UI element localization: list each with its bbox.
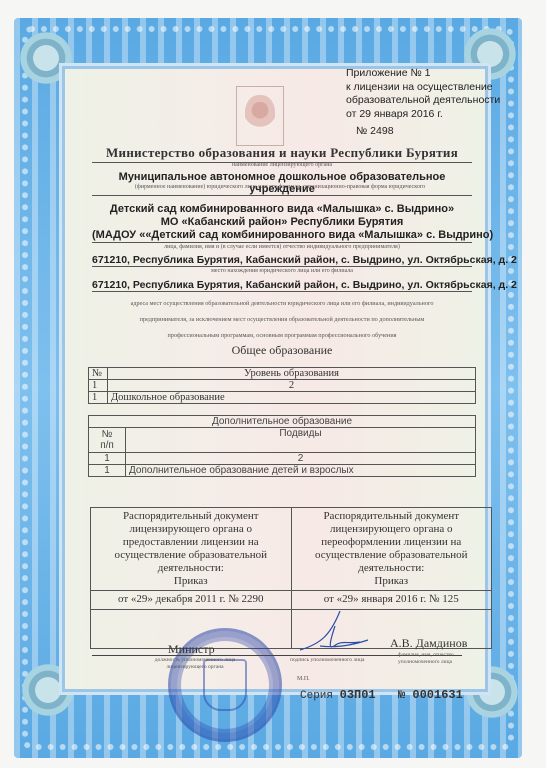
series-value: 03П01 — [340, 688, 376, 702]
header-text: п/п — [92, 440, 122, 451]
caption-line: предпринимателя, за исключением мест осу… — [86, 314, 478, 325]
doc-text: Распорядительный документ — [95, 510, 287, 523]
legal-address-caption: место нахождения юридического лица или е… — [92, 268, 472, 274]
reissue-document-cell: Распорядительный документ лицензирующего… — [291, 508, 492, 591]
appendix-date: от 29 января 2016 г. — [346, 108, 500, 122]
doc-text: деятельности: — [95, 562, 287, 575]
ministry-name: Министерство образования и науки Республ… — [92, 145, 472, 163]
column-header: № п/п — [89, 428, 126, 453]
table-cell: 2 — [126, 453, 476, 465]
doc-text: переоформлении лицензии на — [296, 536, 488, 549]
name-caption: фамилия, имя, отчество уполномоченного л… — [398, 652, 454, 666]
caption-line: адреса мест осуществления образовательно… — [86, 298, 478, 309]
appendix-line: к лицензии на осуществление — [346, 81, 500, 95]
table-title: Дополнительное образование — [89, 416, 476, 428]
signature-caption: подпись уполномоченного лица — [290, 657, 365, 663]
column-header: Уровень образования — [108, 368, 476, 380]
organization-type-caption: (фирменное наименование) юридического ли… — [80, 184, 480, 190]
table-cell: 1 — [89, 392, 108, 404]
eagle-icon — [245, 95, 275, 133]
table-header-row: № Уровень образования — [89, 368, 476, 380]
doc-text: осуществление образовательной — [296, 549, 488, 562]
organization-name-line: Детский сад комбинированного вида «Малыш… — [92, 203, 472, 216]
organization-name-line: МО «Кабанский район» Республики Бурятия — [92, 216, 472, 229]
table-index-row: 1 2 — [89, 380, 476, 392]
activity-address-caption: адреса мест осуществления образовательно… — [86, 298, 478, 346]
table-cell: 1 — [89, 380, 108, 392]
doc-type: Приказ — [296, 575, 488, 588]
appendix-title: Приложение № 1 — [346, 67, 500, 81]
doc-text: деятельности: — [296, 562, 488, 575]
caption-line: уполномоченного лица — [398, 659, 454, 666]
table-cell: Дополнительное образование детей и взрос… — [126, 465, 476, 477]
doc-text: предоставлении лицензии на — [95, 536, 287, 549]
doc-type: Приказ — [95, 575, 287, 588]
legal-address: 671210, Республика Бурятия, Кабанский ра… — [92, 254, 472, 267]
table-row: 1 Дошкольное образование — [89, 392, 476, 404]
appendix-line: образовательной деятельности — [346, 94, 500, 108]
grant-document-cell: Распорядительный документ лицензирующего… — [91, 508, 292, 591]
grant-order-date: от «29» декабря 2011 г. № 2290 — [91, 591, 292, 610]
table-index-row: 1 2 — [89, 453, 476, 465]
activity-address: 671210, Республика Бурятия, Кабанский ра… — [92, 279, 472, 292]
table-title-row: Дополнительное образование — [89, 416, 476, 428]
organization-name-caption: лица, фамилия, имя и (в случае если имее… — [92, 244, 472, 250]
appendix-number: № 2498 — [346, 125, 500, 139]
table-cell: 2 — [108, 380, 476, 392]
general-education-table: № Уровень образования 1 2 1 Дошкольное о… — [88, 367, 476, 404]
general-education-title: Общее образование — [92, 343, 472, 358]
caption-line: лицензирующего органа — [140, 664, 250, 671]
license-appendix-page: Приложение № 1 к лицензии на осуществлен… — [0, 0, 546, 768]
signatory-position: Министр — [168, 642, 215, 657]
signature-icon — [290, 606, 370, 656]
organization-name: Детский сад комбинированного вида «Малыш… — [92, 203, 472, 243]
form-number: № 0001631 — [398, 688, 463, 702]
table-cell: 1 — [89, 465, 126, 477]
series-label: Серия — [300, 690, 333, 702]
additional-education-table: Дополнительное образование № п/п Подвиды… — [88, 415, 476, 477]
documents-description-row: Распорядительный документ лицензирующего… — [91, 508, 492, 591]
doc-text: лицензирующего органа о — [95, 523, 287, 536]
caption-line: должность уполномоченного лица — [140, 657, 250, 664]
seal-place-label: М.П. — [297, 676, 310, 682]
column-header: № — [89, 368, 108, 380]
table-cell: 1 — [89, 453, 126, 465]
ministry-caption: наименование лицензирующего органа — [92, 162, 472, 168]
coat-of-arms-icon — [236, 86, 284, 146]
doc-text: лицензирующего органа о — [296, 523, 488, 536]
caption-line: фамилия, имя, отчество — [398, 652, 454, 659]
signatory-name: А.В. Дамдинов — [390, 636, 467, 651]
doc-text: Распорядительный документ — [296, 510, 488, 523]
table-row: 1 Дополнительное образование детей и взр… — [89, 465, 476, 477]
form-series: Серия 03П01 — [300, 688, 376, 702]
header-text: № — [92, 429, 122, 440]
organization-short-name: (МАДОУ ««Детский сад комбинированного ви… — [92, 229, 472, 243]
column-header: Подвиды — [126, 428, 476, 453]
doc-text: осуществление образовательной — [95, 549, 287, 562]
appendix-header: Приложение № 1 к лицензии на осуществлен… — [346, 67, 500, 139]
table-header-row: № п/п Подвиды — [89, 428, 476, 453]
position-caption: должность уполномоченного лица лицензиру… — [140, 657, 250, 671]
caption-line: профессиональным программам, основным пр… — [86, 330, 478, 341]
table-cell: Дошкольное образование — [108, 392, 476, 404]
